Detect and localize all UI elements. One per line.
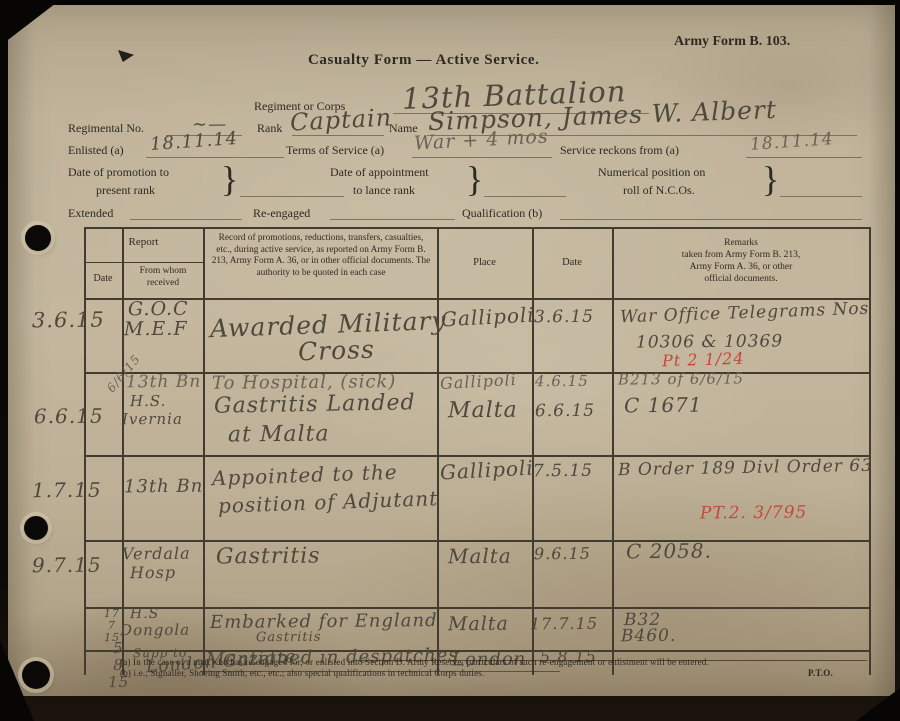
footnote-strike-line1	[355, 660, 867, 661]
header-remarks-line1: Remarks	[616, 238, 866, 248]
promotion-underline	[240, 196, 344, 197]
row4-from-line1: Verdala	[122, 544, 191, 564]
footnote-a: (a) In the case of a man who has re-enga…	[120, 657, 880, 667]
header-report: Report	[84, 236, 203, 248]
header-report-date: Date	[84, 273, 122, 284]
field-reckons-label: Service reckons from (a)	[560, 143, 679, 158]
punch-hole-middle	[24, 516, 48, 540]
numerical-label-line1: Numerical position on	[598, 165, 705, 180]
numerical-underline	[780, 196, 862, 197]
row4-record: Gastritis	[216, 544, 321, 570]
row6-date-line1: 5	[108, 640, 129, 657]
row2b-record-line1: Gastritis Landed	[214, 390, 416, 419]
row4-from-line2: Hosp	[130, 563, 176, 582]
form-title: Casualty Form — Active Service.	[308, 52, 539, 69]
enlisted-underline	[146, 157, 284, 158]
row3-place: Gallipoli	[439, 456, 534, 485]
header-from-whom-line2: received	[124, 278, 202, 288]
field-extended-label: Extended	[68, 206, 113, 221]
row2b-from-line1: H.S.	[130, 392, 167, 410]
row3-report-date: 1.7.15	[32, 478, 102, 503]
row2a-date: 4.6.15	[535, 372, 589, 390]
table-line	[84, 262, 203, 263]
row1-place: Gallipoli	[440, 303, 535, 332]
qualification-underline	[560, 219, 862, 220]
header-from-whom-line1: From whom	[124, 266, 202, 276]
row2b-from-line2: Ivernia	[122, 410, 183, 429]
table-line	[84, 298, 871, 300]
row5-remarks-line2: B460.	[621, 626, 677, 646]
row4-date: 9.6.15	[534, 544, 591, 563]
pto-label: P.T.O.	[808, 668, 833, 678]
row1-report-date: 3.6.15	[32, 308, 105, 333]
row5-place: Malta	[448, 613, 509, 636]
field-enlisted-label: Enlisted (a)	[68, 143, 124, 158]
row4-place: Malta	[448, 544, 512, 569]
numerical-label-line2: roll of N.C.Os.	[623, 183, 695, 198]
numerical-brace: }	[762, 164, 779, 194]
field-qualification-label: Qualification (b)	[462, 206, 542, 221]
row4-remarks: C 2058.	[626, 539, 712, 564]
field-regimental-no-label: Regimental No.	[68, 121, 144, 136]
row2a-place: Gallipoli	[440, 370, 518, 393]
row1-from-line2: M.E.F	[124, 318, 188, 341]
header-remarks-line3: Army Form A. 36, or other	[616, 262, 866, 272]
table-line	[84, 455, 871, 457]
promotion-label-line2: present rank	[96, 183, 155, 198]
row2b-record-line2: at Malta	[228, 422, 330, 448]
footnote-strike-line2	[200, 671, 560, 672]
appointment-label-line2: to lance rank	[353, 183, 415, 198]
row5-from-line2: Dongola	[120, 621, 190, 640]
row2a-remarks: B213 of 6/6/15	[618, 369, 744, 388]
promotion-brace: }	[221, 164, 238, 194]
reckons-underline	[746, 157, 862, 158]
row2b-remarks: C 1671	[624, 393, 703, 418]
field-terms-label: Terms of Service (a)	[286, 143, 384, 158]
table-line	[84, 227, 871, 229]
footnote-b: (b) i.e., Signaller, Shoeing Smith, etc.…	[120, 668, 780, 678]
row2a-from: 13th Bn	[126, 372, 201, 393]
field-rank-value: Captain	[289, 103, 392, 136]
table-line	[84, 540, 871, 542]
punch-hole-top	[25, 225, 51, 251]
header-record: Record of promotions, reductions, transf…	[210, 233, 432, 279]
punch-hole-bottom	[22, 661, 50, 689]
row3-red-stamp: PT.2. 3/795	[700, 503, 807, 524]
header-place: Place	[437, 257, 532, 268]
field-reengaged-label: Re-engaged	[253, 206, 310, 221]
row5-date: 17.7.15	[530, 614, 598, 634]
row1-date: 3.6.15	[534, 307, 594, 328]
row3-from: 13th Bn	[124, 476, 203, 498]
row2b-report-date: 6.6.15	[34, 404, 104, 429]
row1-record-line2: Cross	[298, 335, 376, 367]
row5-from-line1: H.S	[130, 606, 159, 622]
terms-underline	[412, 157, 552, 158]
row1-red-stamp: Pt 2 1/24	[662, 349, 745, 371]
header-remarks-line4: official documents.	[616, 274, 866, 284]
scanned-casualty-form: { "form": { "form_number": "Army Form B.…	[0, 0, 900, 721]
row2b-date: 6.6.15	[535, 401, 595, 422]
appointment-brace: }	[466, 164, 483, 194]
row5-record-line1: Embarked for England	[210, 610, 438, 633]
form-number: Army Form B. 103.	[674, 34, 790, 50]
header-remarks-line2: taken from Army Form B. 213,	[616, 250, 866, 260]
reengaged-underline	[330, 219, 455, 220]
appointment-underline	[484, 196, 566, 197]
appointment-label-line1: Date of appointment	[330, 165, 429, 180]
promotion-label-line1: Date of promotion to	[68, 165, 169, 180]
row3-date: 7.5.15	[533, 461, 593, 482]
table-line	[84, 607, 871, 609]
row5-record-line2: Gastritis	[256, 630, 322, 646]
field-rank-label: Rank	[257, 121, 282, 136]
extended-underline	[130, 219, 242, 220]
row4-report-date: 9.7.15	[32, 553, 102, 578]
row2b-place: Malta	[448, 398, 518, 424]
header-date2: Date	[532, 257, 612, 268]
